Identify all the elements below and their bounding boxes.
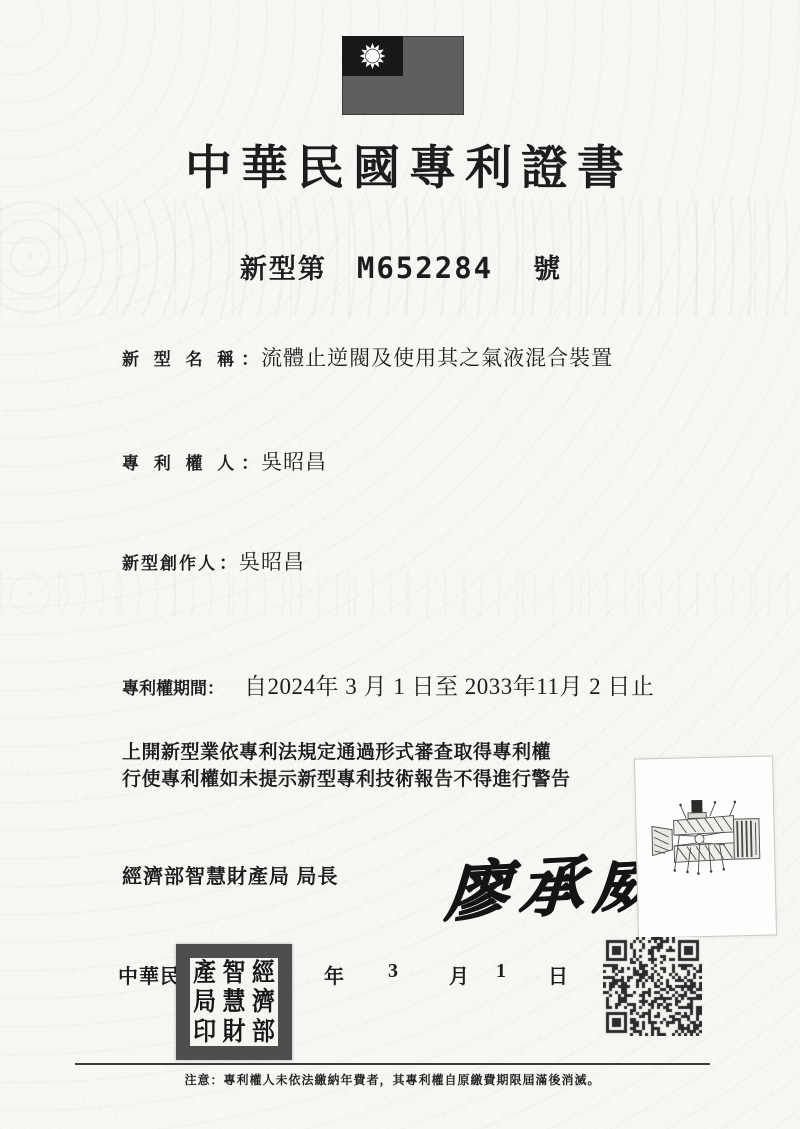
field-value: 流體止逆閥及使用其之氣液混合裝置 (261, 346, 613, 370)
legal-line-1: 上開新型業依專利法規定通過形式審查取得專利權 (122, 740, 571, 767)
issuer-title: 經濟部智慧財產局 局長 (122, 860, 339, 889)
date-year-unit: 年 (324, 960, 344, 989)
date-month-unit: 月 (449, 960, 469, 989)
date-month: 3 (388, 960, 398, 983)
field-creator: 新型創作人：吳昭昌 (122, 546, 305, 576)
seal-char: 產 (193, 960, 216, 986)
seal-char: 局 (193, 989, 216, 1015)
ipo-agency-seal: 產 智 經 局 慧 濟 印 財 部 (176, 944, 292, 1060)
patent-figure-card (634, 755, 777, 938)
field-label: 新型創作人 (122, 554, 217, 573)
field-label: 專利權期間： (122, 679, 224, 698)
field-label: 專 利 權 人 (122, 454, 239, 473)
patent-certificate-page: 中華民國專利證書 新型第 M652284 號 新 型 名 稱：流體止逆閥及使用其… (0, 0, 800, 1129)
field-value: 自2024年 3 月 1 日至 2033年11月 2 日止 (244, 674, 654, 699)
guilloche-band-middle (0, 572, 800, 616)
seal-char: 經 (252, 960, 275, 986)
seal-char: 智 (222, 960, 245, 986)
roc-flag-icon (342, 36, 464, 115)
field-patentee: 專 利 權 人：吳昭昌 (122, 446, 327, 476)
colon: ： (241, 453, 259, 473)
footer-note: 注意：專利權人未依法繳納年費者，其專利權自原繳費期限屆滿後消滅。 (75, 1071, 710, 1088)
certificate-title: 中華民國專利證書 (0, 131, 800, 198)
patent-number-suffix: 號 (533, 247, 560, 286)
seal-char: 部 (252, 1018, 275, 1044)
seal-script-text: 產 智 經 局 慧 濟 印 財 部 (190, 958, 278, 1046)
field-value: 吳昭昌 (239, 550, 305, 574)
footer-divider (75, 1063, 710, 1065)
qr-code (603, 937, 702, 1036)
date-day-unit: 日 (548, 960, 568, 989)
field-value: 吳昭昌 (261, 450, 327, 474)
valve-cross-section-figure (645, 789, 765, 888)
patent-number: M652284 (357, 251, 493, 285)
seal-char: 印 (193, 1018, 216, 1044)
colon: ： (241, 349, 259, 369)
field-label: 新 型 名 稱 (122, 350, 239, 369)
field-patent-term: 專利權期間：自2024年 3 月 1 日至 2033年11月 2 日止 (122, 668, 654, 701)
seal-char: 財 (222, 1018, 245, 1044)
patent-number-prefix: 新型第 (240, 247, 327, 286)
seal-char: 濟 (252, 989, 275, 1015)
patent-number-line: 新型第 M652284 號 (0, 247, 800, 286)
field-invention-name: 新 型 名 稱：流體止逆閥及使用其之氣液混合裝置 (122, 342, 613, 372)
legal-line-2: 行使專利權如未提示新型專利技術報告不得進行警告 (122, 767, 571, 794)
date-day: 1 (496, 960, 506, 983)
legal-statement: 上開新型業依專利法規定通過形式審查取得專利權 行使專利權如未提示新型專利技術報告… (122, 740, 571, 793)
seal-char: 慧 (222, 989, 245, 1015)
colon: ： (219, 553, 237, 573)
